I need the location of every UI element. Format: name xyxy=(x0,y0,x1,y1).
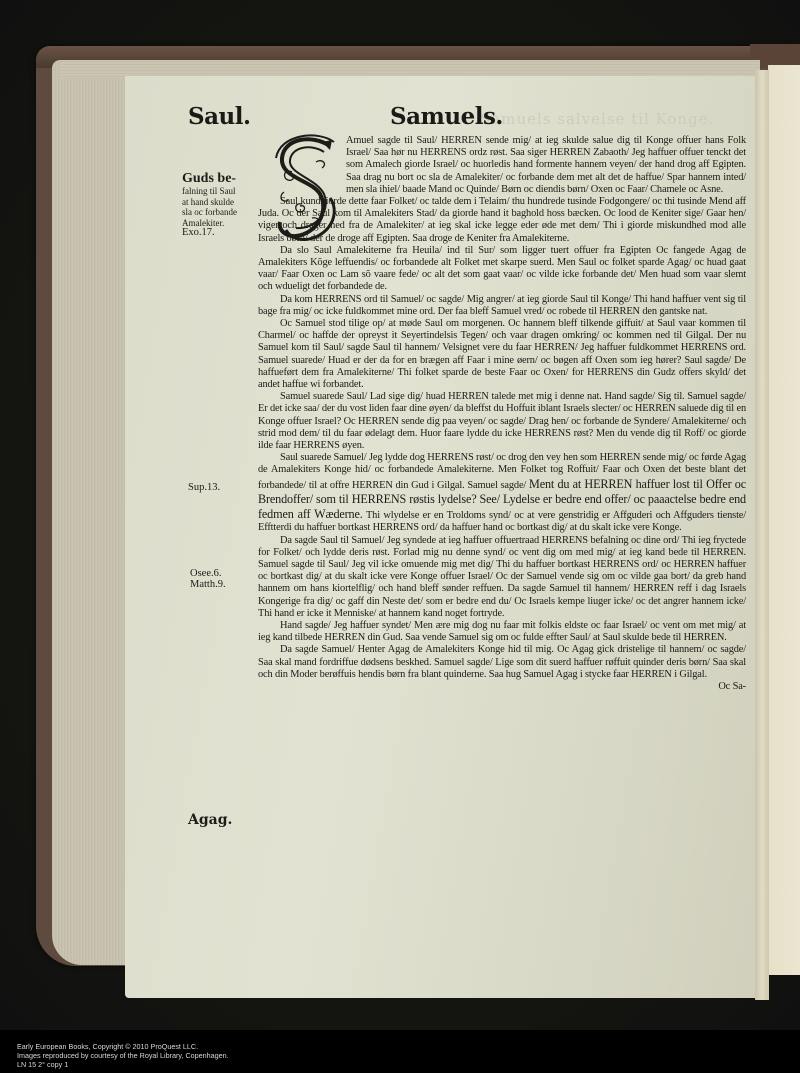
show-through-header: Samuels salvelse til Konge. xyxy=(480,110,750,128)
catchword: Oc Sa- xyxy=(258,681,746,693)
shelfmark-line: LN 15 2° copy 1 xyxy=(17,1060,229,1069)
marginal-note-line: falning til Saul xyxy=(182,186,237,197)
marginal-note-line: Guds be- xyxy=(182,171,237,186)
paragraph-8: Da sagde Saul til Samuel/ Jeg syndede at… xyxy=(258,535,746,620)
copyright-footer: Early European Books, Copyright © 2010 P… xyxy=(17,1042,229,1070)
marginal-note-line: Matth.9. xyxy=(190,579,226,590)
marginal-note-4: Agag. xyxy=(188,812,232,828)
marginal-note-line: sla oc forbande xyxy=(182,207,237,218)
paragraph-10: Da sagde Samuel/ Henter Agag de Amalekit… xyxy=(258,644,746,681)
paragraph-6: Samuel suarede Saul/ Lad sige dig/ huad … xyxy=(258,391,746,452)
paragraph-3: Da slo Saul Amalekiterne fra Heuila/ ind… xyxy=(258,245,746,294)
paragraph-4: Da kom HERRENS ord til Samuel/ oc sagde/… xyxy=(258,294,746,318)
body-text: Amuel sagde til Saul/ HERREN sende mig/ … xyxy=(258,135,746,693)
marginal-note-line: Sup.13. xyxy=(188,483,220,494)
paragraph-1: Amuel sagde til Saul/ HERREN sende mig/ … xyxy=(346,135,746,196)
paragraph-9: Hand sagde/ Jeg haffuer syndet/ Men ære … xyxy=(258,620,746,644)
marginal-note-2: Sup.13. xyxy=(188,483,220,494)
paragraph-7: Saul suarede Samuel/ Jeg lydde dog HERRE… xyxy=(258,452,746,534)
page-stack-edge xyxy=(52,60,132,965)
marginal-note-line: Exo.17. xyxy=(182,228,237,239)
facing-page xyxy=(768,65,800,975)
running-head-left: Saul. xyxy=(188,103,250,130)
paragraph-2: Saul kundgiorde dette faar Folket/ oc ta… xyxy=(258,196,746,245)
marginal-note-line: at hand skulde xyxy=(182,197,237,208)
running-head-title: Samuels. xyxy=(390,103,503,130)
copyright-line: Early European Books, Copyright © 2010 P… xyxy=(17,1042,229,1051)
marginal-note-3: Osee.6. Matth.9. xyxy=(190,568,226,590)
book-gutter xyxy=(755,70,769,1000)
marginal-note-line: Osee.6. xyxy=(190,568,226,579)
marginal-note-1: Guds be- falning til Saul at hand skulde… xyxy=(182,171,237,239)
courtesy-line: Images reproduced by courtesy of the Roy… xyxy=(17,1051,229,1060)
paragraph-5: Oc Samuel stod tilige op/ at møde Saul o… xyxy=(258,318,746,391)
